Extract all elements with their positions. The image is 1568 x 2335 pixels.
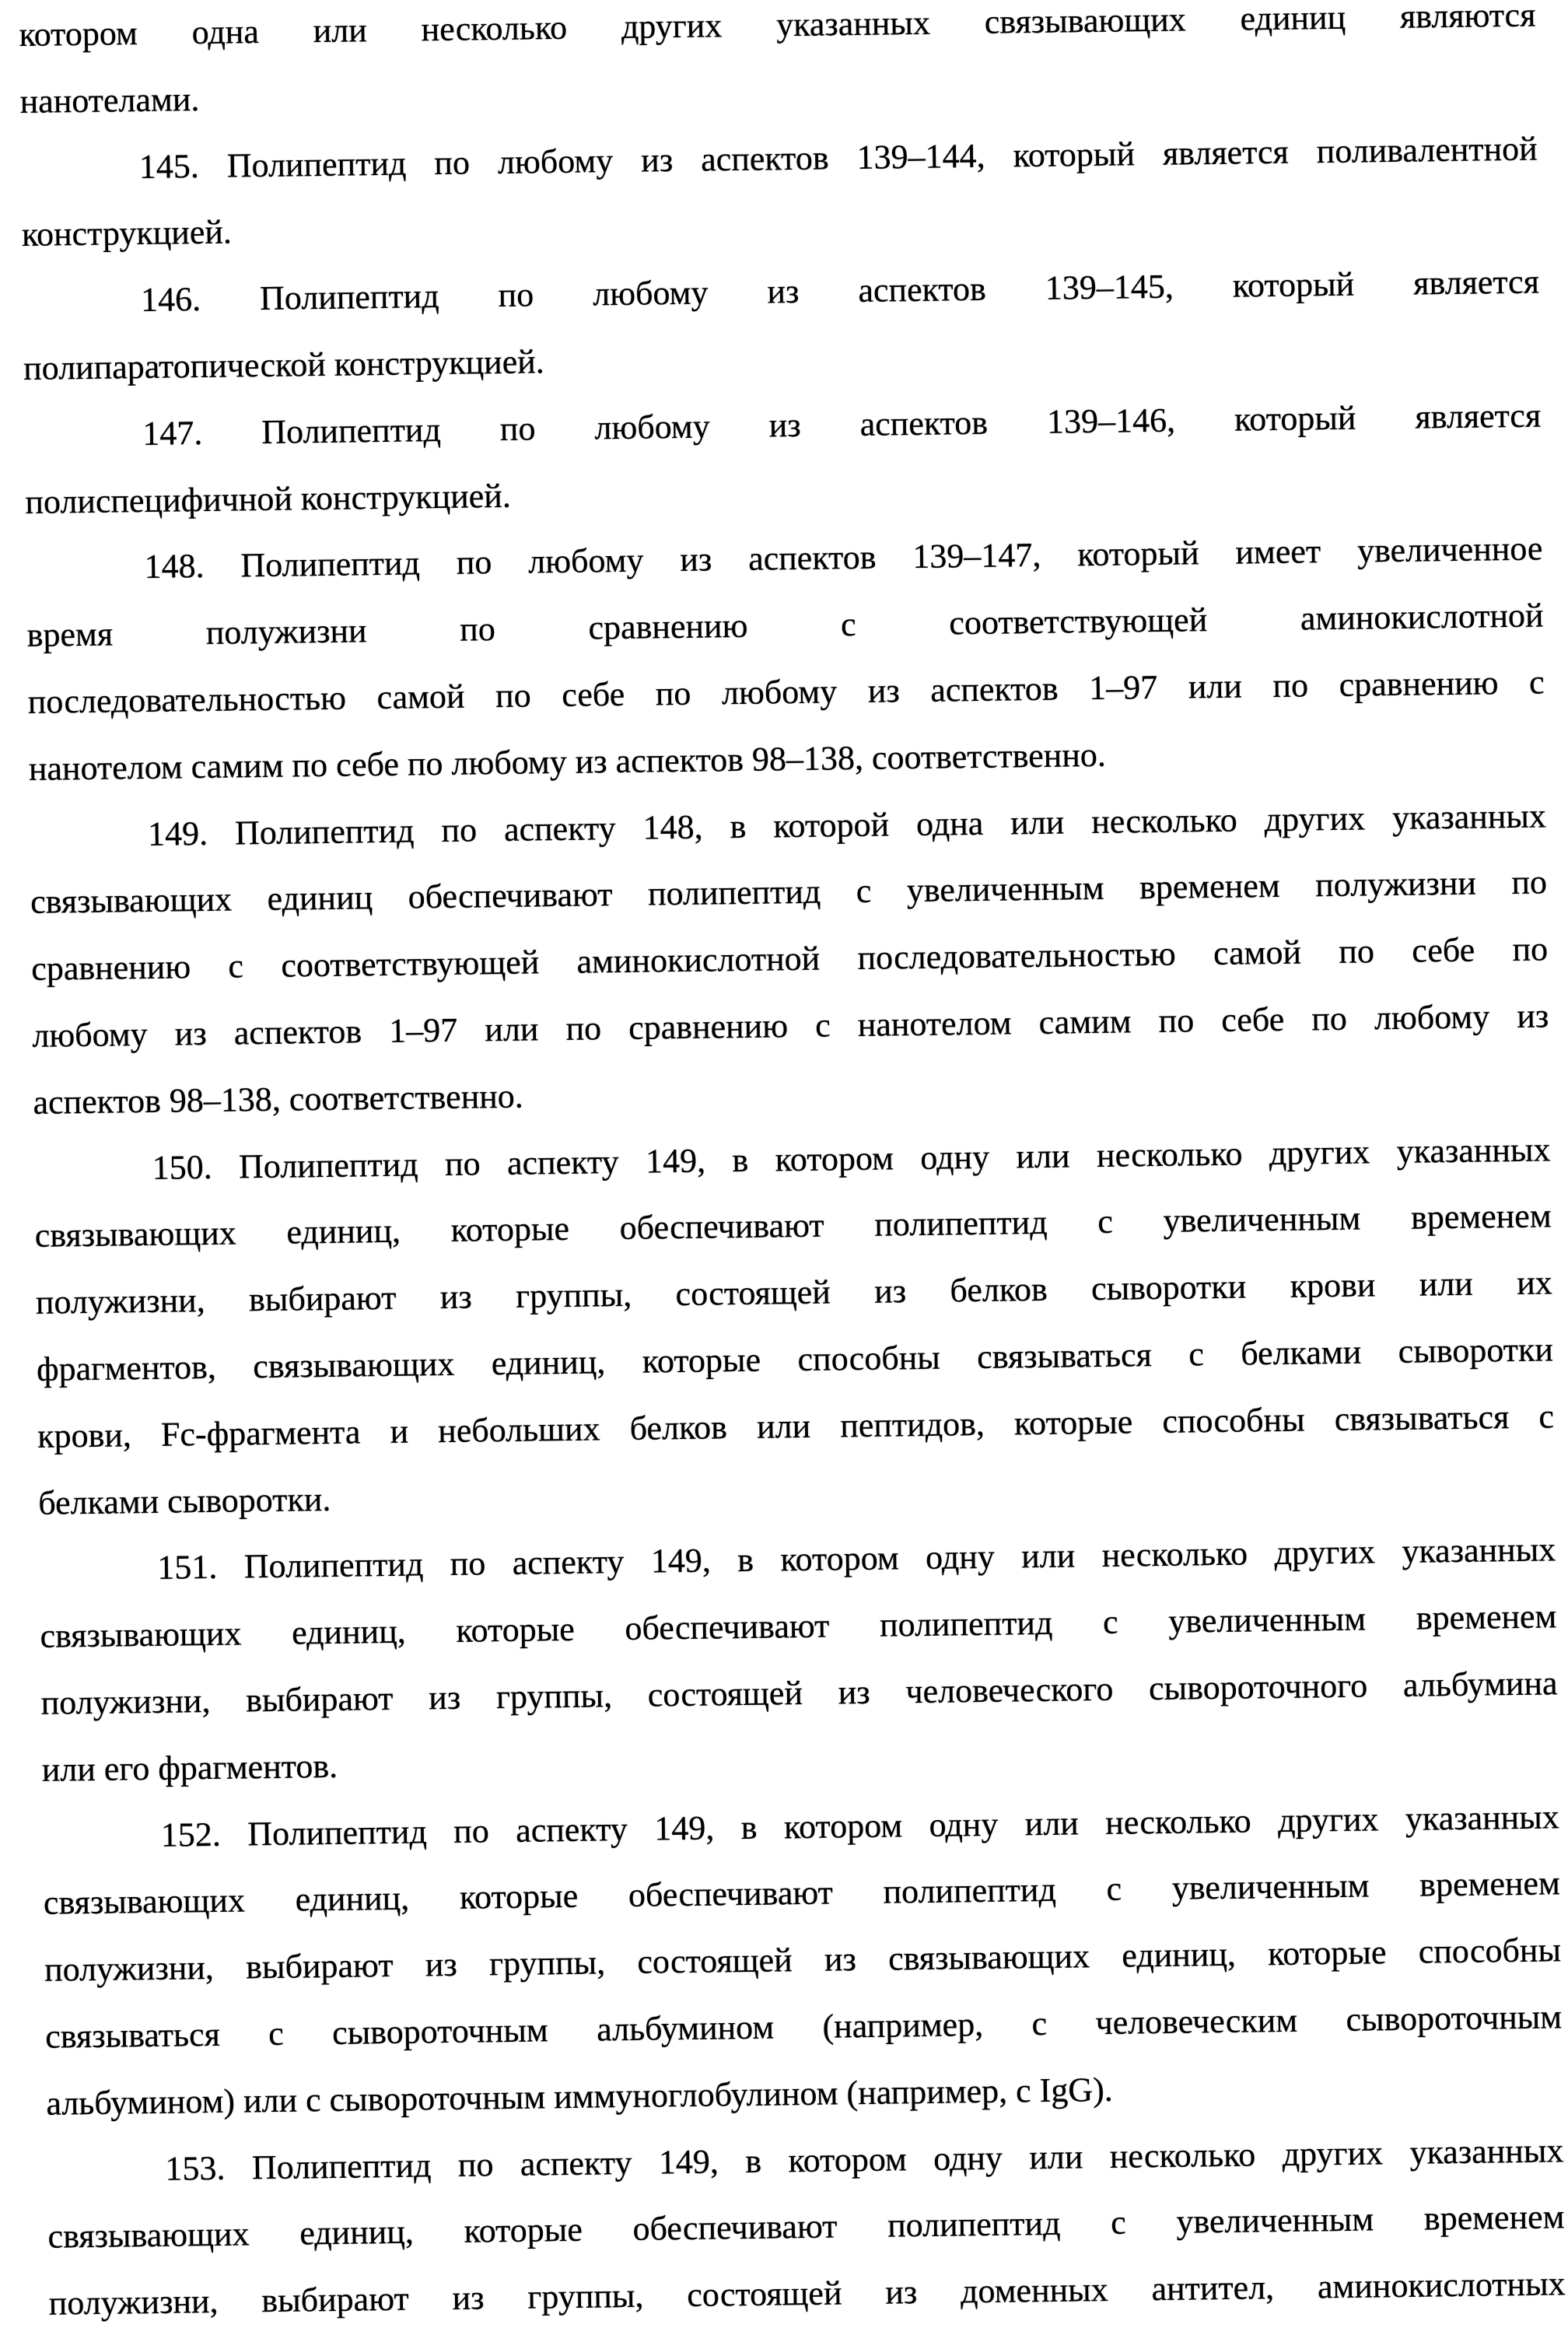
document-page: котором одна или несколько других указан… — [0, 0, 1568, 2335]
document-body: котором одна или несколько других указан… — [19, 0, 1566, 2335]
